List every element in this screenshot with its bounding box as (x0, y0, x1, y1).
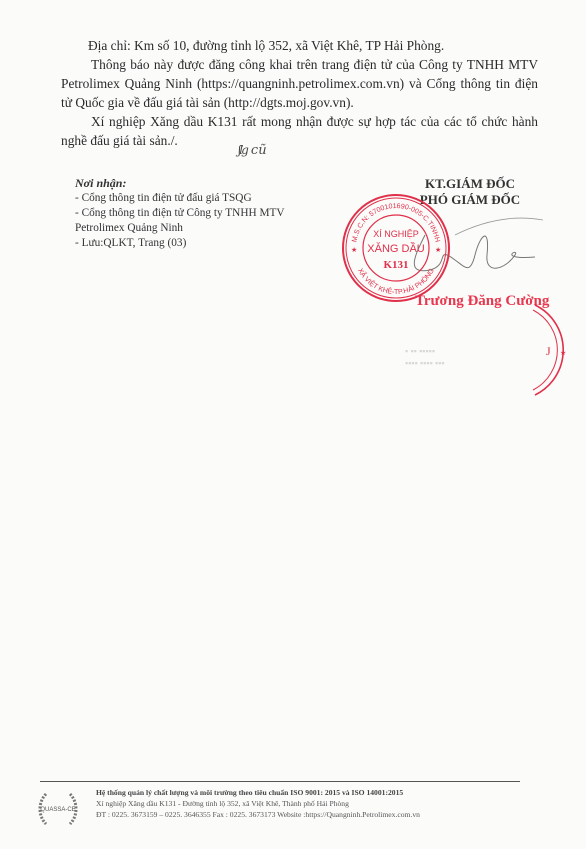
handwritten-annotation: ʃlg cũ (238, 143, 267, 158)
logo-text: QUASSA-CE (40, 807, 75, 813)
handwritten-note: cũ (251, 143, 267, 158)
recipients-title: Nơi nhận: (75, 176, 285, 191)
recipient-item: - Cổng thông tin điện tử đấu giá TSQG (75, 191, 285, 206)
stamp-star-icon: ★ (560, 349, 566, 357)
address-line: Địa chỉ: Km số 10, đường tỉnh lộ 352, xã… (88, 36, 444, 55)
stamp-star-icon: ★ (351, 246, 357, 254)
footer-info: Hệ thống quản lý chất lượng và môi trườn… (96, 787, 420, 820)
partial-stamp-overflow: ★ J (530, 300, 580, 400)
publication-paragraph: Thông báo này được đăng công khai trên t… (61, 55, 538, 112)
recipient-item: Petrolimex Quảng Ninh (75, 221, 285, 236)
document-page: Địa chỉ: Km số 10, đường tỉnh lộ 352, xã… (0, 0, 586, 849)
company-stamp: M.S.C.N: 5700101690-005-C.TINHH XÃ VIỆT … (340, 192, 452, 304)
recipients-block: Nơi nhận: - Cổng thông tin điện tử đấu g… (75, 176, 285, 251)
footer-contact-line: ĐT : 0225. 3673159 – 0225. 3646355 Fax :… (96, 809, 420, 820)
stamp-center-line2: XĂNG DẦU (367, 242, 425, 255)
quassa-cert-logo-icon: QUASSA-CE (36, 786, 80, 830)
svg-text:XÃ VIỆT KHÊ-TP.HẢI PHÒNG: XÃ VIỆT KHÊ-TP.HẢI PHÒNG (356, 267, 436, 296)
handwritten-initials: ʃlg (238, 143, 247, 157)
stamp-center-line1: XÍ NGHIỆP (373, 229, 419, 239)
stamp-bottom-text: XÃ VIỆT KHÊ-TP.HẢI PHÒNG (356, 267, 436, 296)
stamp-star-icon: ★ (435, 246, 441, 254)
recipient-item: - Lưu:QLKT, Trang (03) (75, 236, 285, 251)
closing-paragraph: Xí nghiệp Xăng dầu K131 rất mong nhận đư… (61, 112, 538, 150)
footer-divider (40, 781, 520, 782)
footer-address-line: Xí nghiệp Xăng dầu K131 - Đường tỉnh lộ … (96, 798, 420, 809)
stamp-center-line3: K131 (383, 259, 408, 271)
svg-text:J: J (546, 344, 551, 358)
footer-iso-line: Hệ thống quản lý chất lượng và môi trườn… (96, 787, 420, 798)
faint-bleed-through: ▪ ▪▪ ▪▪▪▪▪▪▪▪▪ ▪▪▪▪ ▪▪▪ (405, 345, 445, 369)
recipient-item: - Cổng thông tin điện tử Công ty TNHH MT… (75, 206, 285, 221)
signature-title: KT.GIÁM ĐỐC (400, 176, 540, 192)
